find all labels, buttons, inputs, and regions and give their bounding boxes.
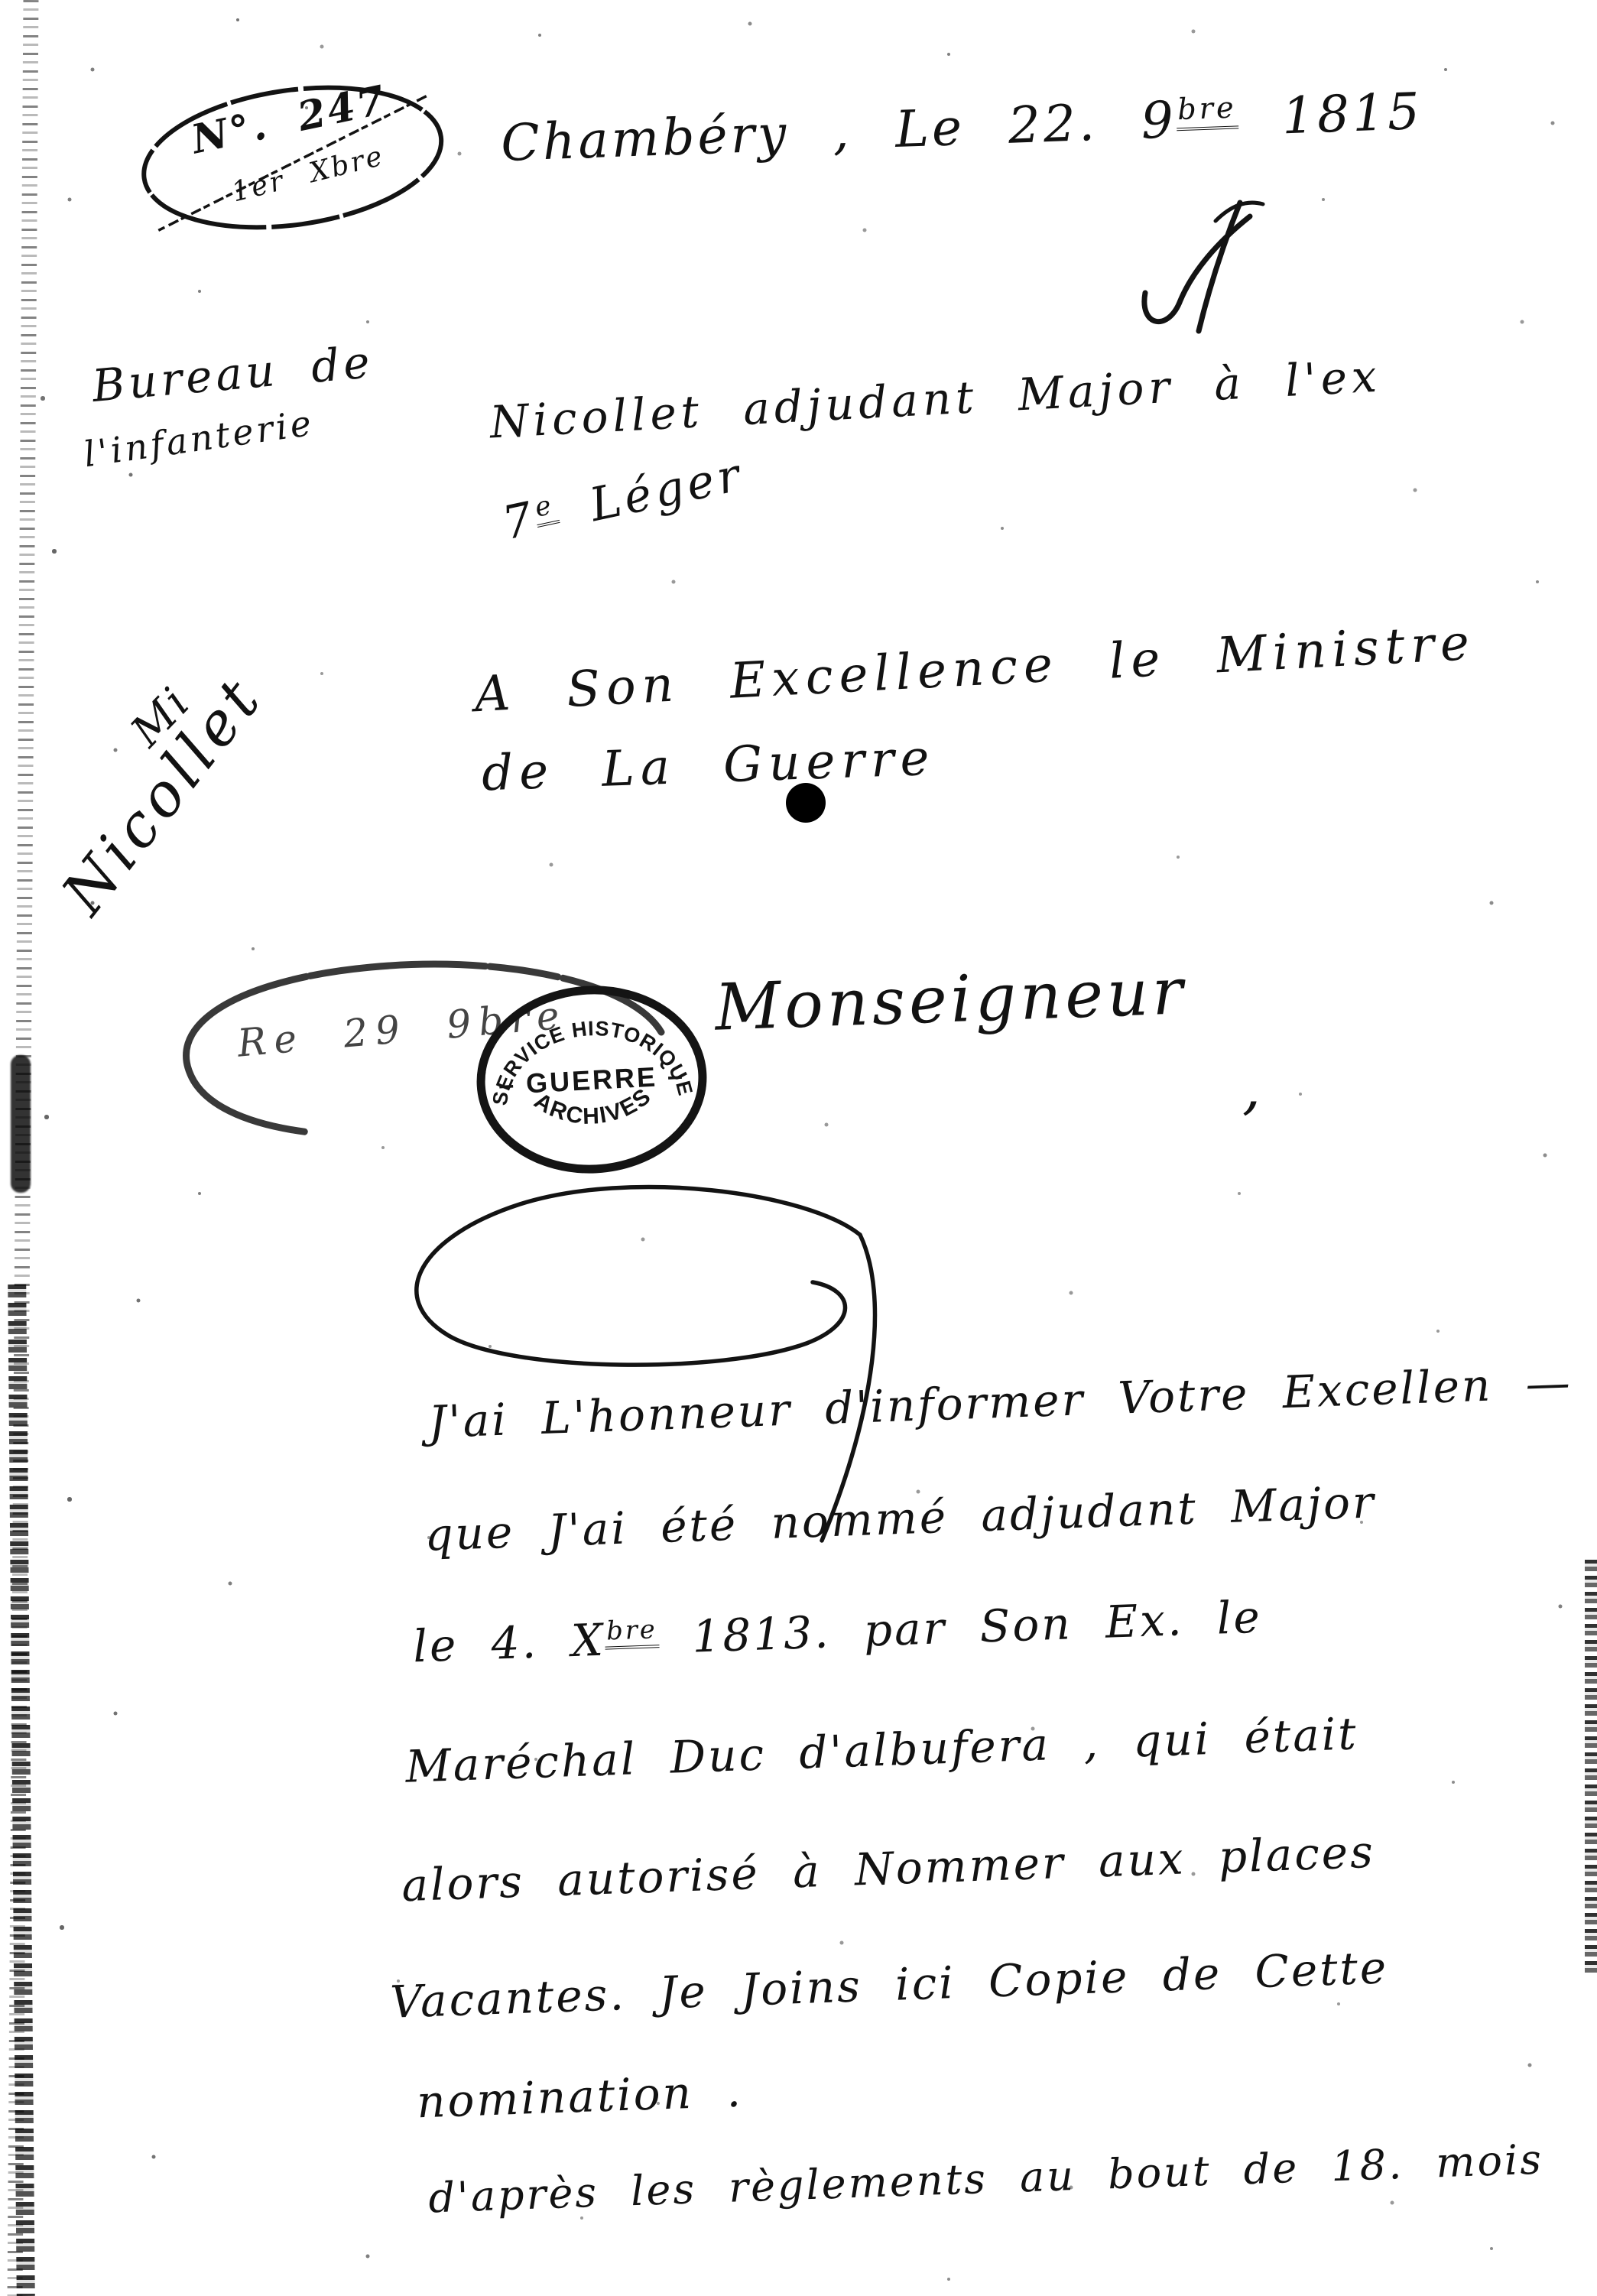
body-line-3-post: 1813. par Son Ex. le <box>658 1591 1263 1664</box>
scan-left-edge-blob <box>11 1055 31 1193</box>
ink-blot-dot <box>786 783 826 823</box>
body-line-5-text: alors autorisé à Nommer aux places <box>401 1826 1376 1911</box>
recipient-line2: de La Guerre <box>481 730 936 803</box>
body-line-7-text: nomination . <box>416 2065 744 2129</box>
body-line-3: le 4. Xbre 1813. par Son Ex. le <box>412 1591 1263 1673</box>
recipient-line1-text: A Son Excellence le Ministre <box>473 615 1477 723</box>
sender-line-text: Nicollet adjudant Major à l'ex <box>489 350 1382 449</box>
dateline-year: 1815 <box>1238 82 1423 147</box>
margin-note: Bureau de l'infanterie <box>92 348 374 455</box>
n-flourish-mark <box>1124 195 1292 356</box>
body-line-7: nomination . <box>416 2065 744 2129</box>
recipient-line2-text: de La Guerre <box>481 730 936 803</box>
body-line-8: d'après les règlements au bout de 18. mo… <box>427 2135 1544 2223</box>
salutation-comma-text: , <box>1242 1054 1263 1122</box>
dateline: Chambéry , Le 22. 9bre 1815 <box>500 82 1423 173</box>
registry-mark: N°. 247 1er Xbre <box>127 61 459 256</box>
body-line-6-text: Vacantes. Je Joins ici Copie de Cette <box>389 1941 1389 2028</box>
body-line-4: Maréchal Duc d'albufera , qui était <box>404 1707 1358 1792</box>
body-line-6: Vacantes. Je Joins ici Copie de Cette <box>389 1941 1389 2028</box>
archive-stamp: SERVICE HISTORIQUE – GUERRE – ARCHIVES <box>467 975 716 1184</box>
salutation: Monseigneur <box>713 953 1187 1044</box>
salutation-comma: , <box>1242 1054 1263 1122</box>
scan-noise-speckles <box>0 0 2 2</box>
scan-right-edge-artifact <box>1585 1560 1597 1973</box>
body-line-4-text: Maréchal Duc d'albufera , qui était <box>404 1707 1358 1792</box>
margin-note-line2-text: l'infanterie <box>81 402 316 476</box>
recipient-line1: A Son Excellence le Ministre <box>473 615 1477 723</box>
dateline-place-day: Chambéry , Le 22. 9 <box>500 90 1177 173</box>
body-line-8-text: d'après les règlements au bout de 18. mo… <box>427 2135 1544 2223</box>
regiment-name: Léger <box>552 448 748 540</box>
registry-mark-oval <box>127 61 459 256</box>
dateline-month-superscript: bre <box>1175 90 1238 131</box>
sender-line: Nicollet adjudant Major à l'ex <box>489 350 1382 449</box>
sender-regiment: 7e Léger <box>498 448 748 551</box>
body-line-3-superscript: bre <box>604 1614 659 1649</box>
body-line-3-pre: le 4. X <box>412 1614 606 1673</box>
salutation-text: Monseigneur <box>713 953 1187 1044</box>
body-line-5: alors autorisé à Nommer aux places <box>401 1826 1376 1911</box>
scanned-letter-page: N°. 247 1er Xbre Chambéry , Le 22. 9bre … <box>0 0 1597 2296</box>
